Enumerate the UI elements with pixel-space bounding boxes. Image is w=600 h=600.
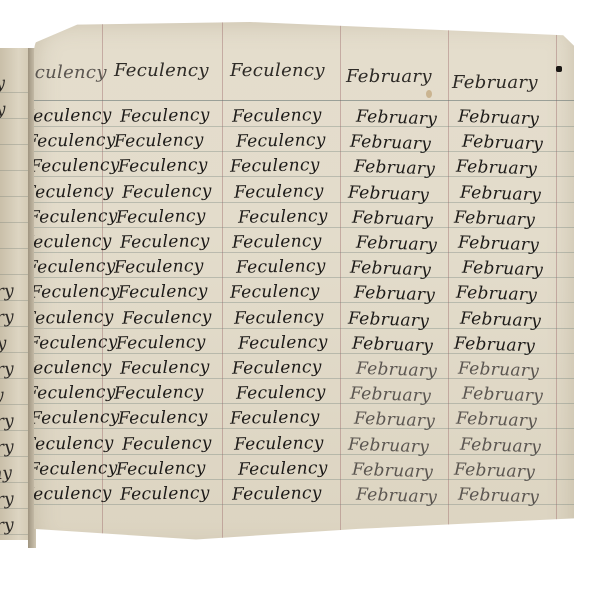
practice-word: Feculency bbox=[22, 357, 112, 379]
header-cell-col3: Feculency bbox=[230, 60, 325, 81]
practice-word: Feculency bbox=[26, 382, 116, 404]
row-rule bbox=[34, 428, 574, 429]
left-page-word: ery bbox=[0, 437, 14, 459]
row-rule bbox=[34, 454, 574, 455]
practice-word: Feculency bbox=[236, 130, 326, 152]
practice-word: Feculency bbox=[28, 332, 118, 354]
row-rule bbox=[34, 403, 574, 404]
practice-word: Feculency bbox=[30, 408, 120, 430]
practice-word: Feculency bbox=[122, 433, 212, 455]
row-rule bbox=[34, 202, 574, 203]
left-page-word: ery bbox=[0, 515, 14, 537]
header-cell-col5: February bbox=[452, 72, 538, 93]
practice-word: Feculency bbox=[238, 458, 328, 480]
practice-word: Feculency bbox=[116, 206, 206, 228]
practice-word: Feculency bbox=[118, 408, 208, 430]
row-rule bbox=[34, 353, 574, 354]
left-page-word: ny bbox=[0, 333, 7, 354]
practice-word: Feculency bbox=[24, 181, 114, 203]
column-rule bbox=[222, 22, 223, 550]
header-divider bbox=[34, 100, 574, 101]
practice-word: Feculency bbox=[232, 231, 322, 253]
column-rule bbox=[340, 22, 341, 550]
practice-word: Feculency bbox=[230, 156, 320, 178]
row-rule bbox=[34, 227, 574, 228]
practice-word: Feculency bbox=[118, 156, 208, 178]
practice-word: Feculency bbox=[28, 206, 118, 228]
practice-word: Feculency bbox=[234, 307, 324, 329]
practice-word: Feculency bbox=[22, 105, 112, 127]
practice-word: Feculency bbox=[120, 105, 210, 127]
ink-stain bbox=[426, 90, 432, 98]
practice-word: Feculency bbox=[230, 282, 320, 304]
practice-word: Feculency bbox=[24, 433, 114, 455]
practice-word: Feculency bbox=[28, 458, 118, 480]
row-rule bbox=[34, 277, 574, 278]
practice-word: Feculency bbox=[230, 408, 320, 430]
left-page-word: ery bbox=[0, 411, 14, 433]
left-page-word: ery bbox=[0, 307, 14, 329]
ink-mark bbox=[556, 66, 562, 72]
row-rule bbox=[34, 504, 574, 505]
row-rule bbox=[34, 151, 574, 152]
row-rule bbox=[34, 176, 574, 177]
left-page-word: cy bbox=[0, 73, 6, 94]
left-page-word: ery bbox=[0, 281, 14, 303]
practice-word: Feculency bbox=[114, 130, 204, 152]
practice-word: Feculency bbox=[22, 483, 112, 505]
column-rule bbox=[448, 22, 449, 550]
practice-word: Feculency bbox=[30, 282, 120, 304]
practice-word: Feculency bbox=[118, 282, 208, 304]
left-page-word: ey bbox=[0, 99, 6, 120]
practice-word: Feculency bbox=[236, 256, 326, 278]
header-cell-col2: Feculency bbox=[114, 60, 209, 81]
header-cell-col4: February bbox=[346, 66, 432, 87]
practice-word: Feculency bbox=[26, 130, 116, 152]
practice-word: Feculency bbox=[26, 256, 116, 278]
practice-word: Feculency bbox=[122, 181, 212, 203]
column-rule bbox=[556, 22, 557, 550]
row-rule bbox=[34, 378, 574, 379]
row-rule bbox=[34, 126, 574, 127]
practice-word: Feculency bbox=[234, 181, 324, 203]
practice-word: Feculency bbox=[232, 105, 322, 127]
left-page-word: iny bbox=[0, 463, 13, 485]
practice-word: Feculency bbox=[114, 256, 204, 278]
practice-word: Feculency bbox=[120, 231, 210, 253]
practice-word: Feculency bbox=[122, 307, 212, 329]
left-page-word: ery bbox=[0, 359, 14, 381]
practice-word: Feculency bbox=[22, 231, 112, 253]
practice-word: Feculency bbox=[238, 206, 328, 228]
left-page-word: ry bbox=[0, 385, 4, 406]
practice-word: Feculency bbox=[24, 307, 114, 329]
practice-word: Feculency bbox=[234, 433, 324, 455]
practice-word: Feculency bbox=[116, 332, 206, 354]
row-rule bbox=[34, 328, 574, 329]
practice-word: Feculency bbox=[238, 332, 328, 354]
row-rule bbox=[34, 252, 574, 253]
practice-word: Feculency bbox=[114, 382, 204, 404]
row-rule bbox=[34, 302, 574, 303]
practice-word: Feculency bbox=[236, 382, 326, 404]
practice-word: Feculency bbox=[120, 357, 210, 379]
practice-word: Feculency bbox=[30, 156, 120, 178]
right-page: Feculency Feculency Feculency February F… bbox=[34, 22, 574, 550]
practice-word: Feculency bbox=[116, 458, 206, 480]
left-page-word: ery bbox=[0, 489, 14, 511]
practice-word: Feculency bbox=[120, 483, 210, 505]
row-rule bbox=[34, 479, 574, 480]
practice-word: Feculency bbox=[232, 357, 322, 379]
practice-word: Feculency bbox=[232, 483, 322, 505]
